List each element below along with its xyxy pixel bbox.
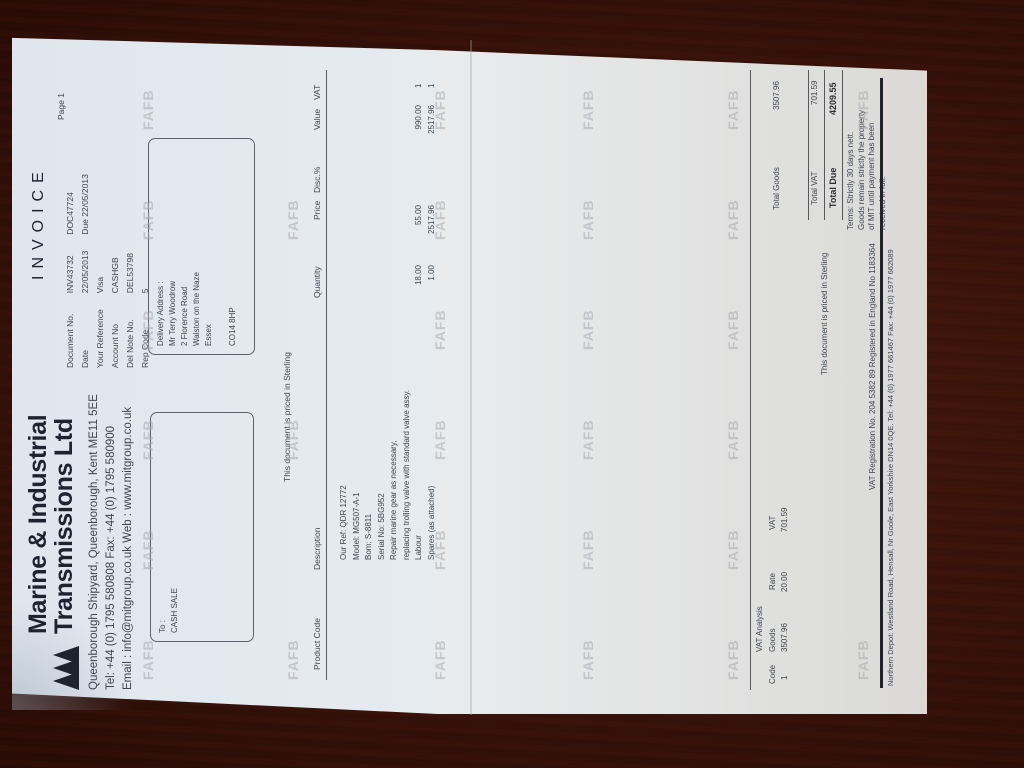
meta-label: Account No — [109, 295, 122, 368]
watermark: FAFB — [285, 419, 301, 460]
col-value: Value — [312, 109, 322, 130]
company-email-web: Email : info@mitgroup.co.uk Web : www.mi… — [122, 407, 134, 690]
vat-analysis-title: VAT Analysis — [755, 606, 764, 652]
document-no: INV43732 — [64, 237, 77, 294]
table-header-rule — [326, 70, 327, 680]
vat-row-goods: 3507.96 — [780, 623, 789, 652]
meta-label: Del Note No. — [124, 295, 137, 368]
watermark: FAFB — [725, 89, 741, 130]
watermark: FAFB — [580, 639, 596, 680]
row-quantity: 18.00 — [413, 265, 426, 295]
description-line: Model: MG507-A-1 — [351, 390, 364, 560]
total-goods-value: 3507.96 — [772, 81, 781, 110]
row-vat-code: 1 — [426, 84, 439, 88]
description-block: Our Ref: QDR 12772 Model: MG507-A-1 Bom:… — [338, 390, 438, 560]
vat-row-rate: 20.00 — [780, 572, 789, 592]
col-price: Price — [312, 201, 322, 220]
watermark: FAFB — [432, 89, 448, 130]
to-line: CASH SALE — [169, 421, 181, 633]
company-name-line2: Transmissions Ltd — [51, 415, 77, 634]
due-date: Due 22/05/2013 — [79, 160, 92, 235]
description-line: Serial No: 5BG952 — [376, 390, 389, 560]
watermark: FAFB — [580, 199, 596, 240]
your-reference: Visa — [94, 237, 107, 294]
depot-info: Northern Depot: Westland Road, Hensall, … — [886, 249, 895, 686]
watermark: FAFB — [140, 419, 156, 460]
meta-label: Your Reference — [94, 295, 107, 368]
watermark: FAFB — [580, 309, 596, 350]
watermark: FAFB — [725, 529, 741, 570]
to-label: To : — [157, 421, 169, 633]
watermark: FAFB — [580, 529, 596, 570]
meta-label: Document No. — [64, 295, 77, 368]
del-note-no: DEL53798 — [124, 237, 137, 294]
watermark: FAFB — [580, 419, 596, 460]
triangles-logo-icon — [25, 640, 85, 690]
col-product-code: Product Code — [312, 618, 322, 670]
vat-row-code: 1 — [780, 676, 789, 680]
footer-rule — [880, 78, 883, 688]
description-line: Bom: S-8811 — [363, 390, 376, 560]
watermark: FAFB — [432, 419, 448, 460]
row-description: Labour — [413, 390, 426, 560]
delivery-line: Walston on the Naze — [191, 147, 203, 346]
company-tel-fax: Tel: +44 (0) 1795 580808 Fax: +44 (0) 17… — [105, 426, 117, 690]
row-value: 990.00 — [413, 105, 426, 145]
vat-row-vat: 701.59 — [780, 508, 789, 532]
watermark: FAFB — [140, 529, 156, 570]
watermark: FAFB — [432, 199, 448, 240]
watermark: FAFB — [285, 199, 301, 240]
company-address: Queenborough Shipyard, Queenborough, Ken… — [88, 394, 100, 690]
vat-col-vat: VAT — [768, 516, 777, 530]
col-description: Description — [312, 527, 322, 570]
delivery-label: Delivery Address : — [155, 147, 167, 346]
registration-info: VAT Registration No. 204 5382 89 Registe… — [868, 243, 877, 490]
watermark: FAFB — [580, 89, 596, 130]
watermark: FAFB — [725, 639, 741, 680]
description-line: Our Ref: QDR 12772 — [338, 390, 351, 560]
delivery-postcode: CO14 8HP — [227, 147, 239, 346]
total-due-rule — [842, 70, 843, 220]
quantity-column: 18.00 1.00 — [413, 265, 438, 295]
col-disc: Disc.% — [312, 167, 322, 193]
totals-rule — [750, 70, 751, 690]
company-logo: Marine & Industrial Transmissions Ltd — [25, 415, 85, 690]
watermark: FAFB — [140, 89, 156, 130]
total-rule — [824, 70, 825, 220]
watermark: FAFB — [432, 639, 448, 680]
vat-col-goods: Goods — [768, 628, 777, 652]
watermark: FAFB — [855, 639, 871, 680]
sterling-note: This document is priced in Sterling — [282, 352, 292, 482]
vat-col-code: Code — [768, 665, 777, 684]
watermark: FAFB — [140, 309, 156, 350]
vat-col-rate: Rate — [768, 573, 777, 590]
total-goods-label: Total Goods — [772, 167, 781, 210]
to-address-box: To : CASH SALE — [150, 412, 254, 642]
vat-column: 1 1 — [413, 84, 438, 88]
delivery-line: Essex — [203, 147, 215, 346]
invoice-date: 22/05/2013 — [79, 237, 92, 294]
watermark: FAFB — [855, 89, 871, 130]
footer-sterling-note: This document is priced in Sterling — [820, 253, 829, 375]
invoice-document: Marine & Industrial Transmissions Ltd Qu… — [20, 60, 900, 700]
subtotal-rule — [808, 70, 809, 220]
watermark: FAFB — [432, 529, 448, 570]
description-line: replacing trolling valve with standard v… — [401, 390, 414, 560]
invoice-title: INVOICE — [30, 165, 48, 280]
total-vat-label: Total VAT — [810, 172, 819, 206]
watermark: FAFB — [725, 199, 741, 240]
watermark: FAFB — [285, 639, 301, 680]
doc-ref: DOC47724 — [64, 160, 77, 235]
total-due-value: 4209.55 — [828, 82, 838, 115]
col-vat: VAT — [312, 85, 322, 100]
watermark: FAFB — [432, 309, 448, 350]
description-line: Repair marine gear as necessary, — [388, 390, 401, 560]
row-price: 55.00 — [413, 205, 426, 245]
total-vat-value: 701.59 — [810, 81, 819, 105]
row-vat-code: 1 — [413, 84, 426, 88]
delivery-address-box: Delivery Address : Mr Terry Woodrow 2 Fl… — [148, 138, 255, 355]
watermark: FAFB — [725, 419, 741, 460]
row-quantity: 1.00 — [426, 265, 439, 295]
total-due-label: Total Due — [828, 168, 838, 208]
delivery-line: Mr Terry Woodrow — [167, 147, 179, 346]
delivery-line: 2 Florence Road — [179, 147, 191, 346]
watermark: FAFB — [140, 639, 156, 680]
meta-label: Date — [79, 295, 92, 368]
watermark: FAFB — [140, 199, 156, 240]
account-no: CASHGB — [109, 237, 122, 294]
watermark: FAFB — [725, 309, 741, 350]
col-quantity: Quantity — [312, 266, 322, 298]
page-number: Page 1 — [56, 93, 66, 120]
company-name-line1: Marine & Industrial — [25, 415, 51, 634]
